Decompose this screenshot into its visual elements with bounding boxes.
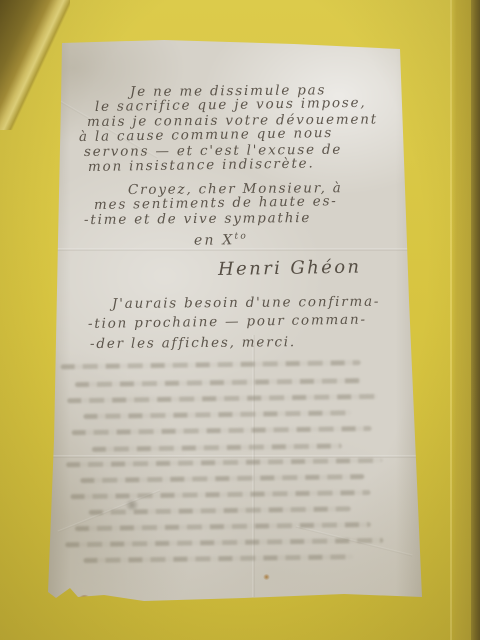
stain: [77, 594, 90, 603]
board-right-edge: [450, 0, 472, 640]
stain: [263, 574, 270, 580]
stain: [124, 500, 140, 510]
bleed-through-line: [70, 490, 370, 499]
photo-scene: Je ne me dissimule pas le sacrifice que …: [0, 0, 480, 640]
bleed-through-line: [65, 538, 383, 547]
bleed-through-line: [67, 394, 377, 403]
board-right-shadow: [471, 0, 480, 640]
bleed-through-line: [75, 522, 371, 531]
bleed-through-line: [80, 474, 364, 483]
letter-line-6: mon insistance indiscrète.: [88, 157, 315, 174]
bleed-through-line: [83, 554, 353, 563]
closing-superscript: to: [234, 232, 248, 242]
bleed-through-line: [75, 378, 361, 387]
bleed-through-line: [72, 426, 372, 435]
valediction-line-3: -time et de vive sympathie: [84, 212, 311, 227]
signature: Henri Ghéon: [218, 258, 362, 279]
closing-text: en X: [194, 232, 235, 248]
postscript-line-2: -tion prochaine — pour comman-: [88, 314, 367, 332]
letter-paper: Je ne me dissimule pas le sacrifice que …: [44, 40, 422, 602]
bleed-through-line: [83, 410, 351, 419]
closing-line: en Xto: [194, 233, 248, 248]
bleed-through: [61, 348, 399, 568]
board-corner-edge: [0, 0, 70, 130]
postscript-line-1: J'aurais besoin d'une confirma-: [112, 296, 380, 312]
bleed-through-line: [92, 443, 342, 451]
bleed-through-line: [66, 458, 382, 467]
postscript-line-3: -der les affiches, merci.: [90, 336, 296, 351]
fold-crease: [48, 248, 418, 251]
bleed-through-line: [61, 360, 361, 369]
